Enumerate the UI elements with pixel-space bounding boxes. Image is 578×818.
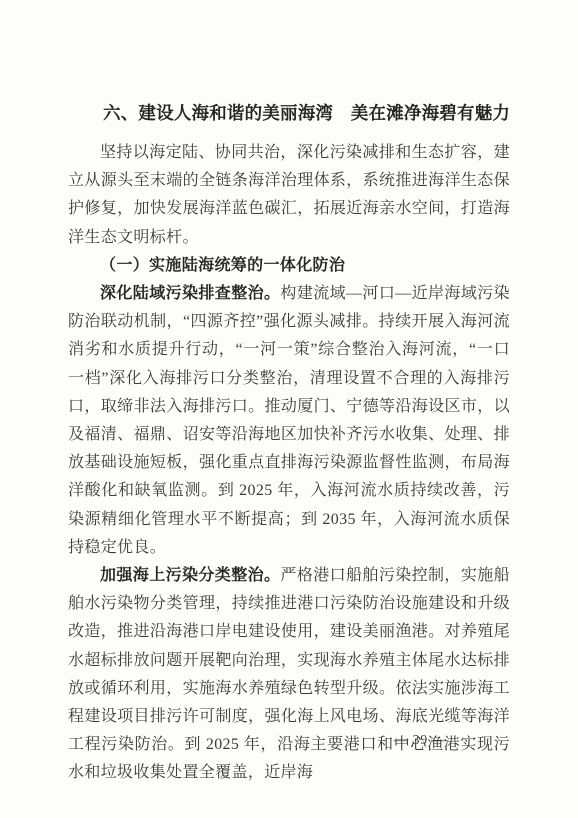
intro-paragraph: 坚持以海定陆、协同共治，深化污染减排和生态扩容，建立从源头至末端的全链条海洋治理…: [68, 139, 510, 252]
paragraph-lead: 深化陆域污染排查整治。: [100, 285, 280, 302]
document-page: 六、建设人海和谐的美丽海湾 美在滩净海碧有魅力 坚持以海定陆、协同共治，深化污染…: [0, 0, 578, 818]
page-number: — 39 —: [394, 731, 447, 749]
paragraph-lead: 加强海上污染分类整治。: [100, 567, 280, 584]
section-heading: （一）实施陆海统筹的一体化防治: [68, 252, 510, 280]
chapter-title: 六、建设人海和谐的美丽海湾 美在滩净海碧有魅力: [68, 100, 510, 126]
document-text-block: 六、建设人海和谐的美丽海湾 美在滩净海碧有魅力 坚持以海定陆、协同共治，深化污染…: [68, 100, 510, 788]
paragraph-marine-pollution: 加强海上污染分类整治。严格港口船舶污染控制，实施船舶水污染物分类管理，持续推进港…: [68, 562, 510, 788]
paragraph-body: 严格港口船舶污染控制，实施船舶水污染物分类管理，持续推进港口污染防治设施建设和升…: [68, 567, 510, 781]
paragraph-land-pollution: 深化陆域污染排查整治。构建流域—河口—近岸海域污染防治联动机制，“四源齐控”强化…: [68, 280, 510, 562]
paragraph-body: 构建流域—河口—近岸海域污染防治联动机制，“四源齐控”强化源头减排。持续开展入海…: [68, 285, 510, 556]
